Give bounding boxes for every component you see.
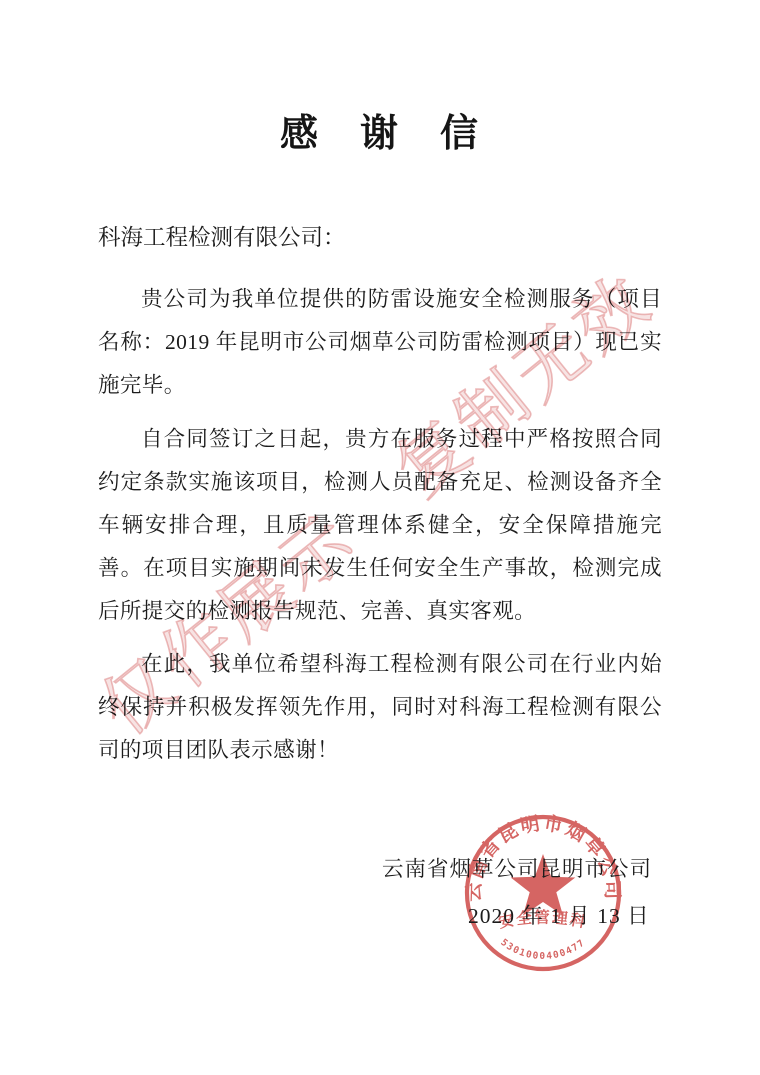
paragraph-3: 在此，我单位希望科海工程检测有限公司在行业内始终保持并积极发挥领先作用，同时对科…	[98, 643, 662, 772]
letter-title: 感 谢 信	[0, 0, 760, 148]
signature-company: 云南省烟草公司昆明市公司	[382, 852, 652, 883]
letter-page: 感 谢 信 科海工程检测有限公司： 贵公司为我单位提供的防雷设施安全检测服务（项…	[0, 0, 760, 1075]
letter-body: 科海工程检测有限公司： 贵公司为我单位提供的防雷设施安全检测服务（项目名称：20…	[0, 216, 760, 772]
paragraph-2: 自合同签订之日起，贵方在服务过程中严格按照合同约定条款实施该项目，检测人员配备充…	[98, 418, 662, 633]
salutation: 科海工程检测有限公司：	[98, 216, 662, 259]
company-seal-stamp: 云南省昆明市烟草公司 安全管理科 5301000400477	[433, 783, 653, 1003]
paragraph-1: 贵公司为我单位提供的防雷设施安全检测服务（项目名称：2019 年昆明市公司烟草公…	[98, 278, 662, 407]
seal-serial-number: 5301000400477	[498, 937, 587, 962]
signature-date: 2020 年 1 月 13 日	[468, 899, 650, 930]
